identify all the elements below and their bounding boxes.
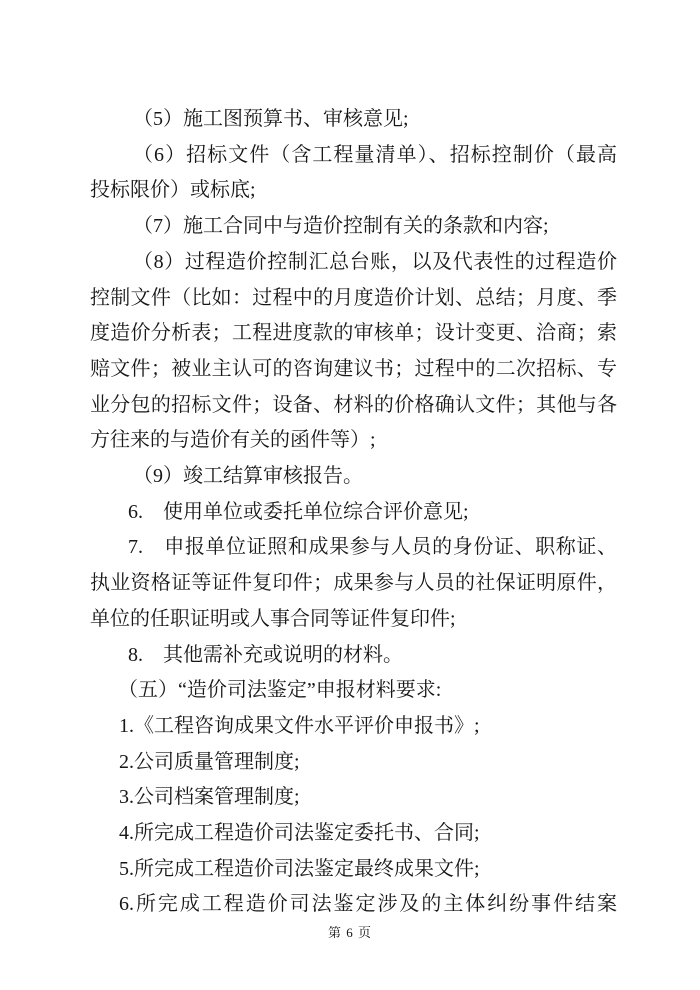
text-line: 单位的任职证明或人事合同等证件复印件; [90, 602, 617, 638]
paragraph: （8）过程造价控制汇总台账，以及代表性的过程造价控制文件（比如：过程中的月度造价… [90, 245, 617, 459]
paragraph: （5）施工图预算书、审核意见; [90, 102, 617, 138]
text-line: 2.公司质量管理制度; [90, 745, 617, 781]
text-line: （8）过程造价控制汇总台账，以及代表性的过程造价 [90, 245, 617, 281]
text-line: （7）施工合同中与造价控制有关的条款和内容; [90, 209, 617, 245]
text-line: 执业资格证等证件复印件；成果参与人员的社保证明原件， [90, 566, 617, 602]
paragraph: 7. 申报单位证照和成果参与人员的身份证、职称证、执业资格证等证件复印件；成果参… [90, 530, 617, 637]
paragraph: 1.《工程咨询成果文件水平评价申报书》; [90, 709, 617, 745]
text-line: （5）施工图预算书、审核意见; [90, 102, 617, 138]
page-footer: 第 6 页 [0, 923, 700, 943]
text-line: 6. 使用单位或委托单位综合评价意见; [90, 495, 617, 531]
text-line: 3.公司档案管理制度; [90, 780, 617, 816]
text-line: 8. 其他需补充或说明的材料。 [90, 638, 617, 674]
text-line: 1.《工程咨询成果文件水平评价申报书》; [90, 709, 617, 745]
page-number: 第 6 页 [328, 925, 372, 940]
document-content: （5）施工图预算书、审核意见;（6）招标文件（含工程量清单）、招标控制价（最高投… [90, 102, 617, 923]
paragraph: （7）施工合同中与造价控制有关的条款和内容; [90, 209, 617, 245]
paragraph: 5.所完成工程造价司法鉴定最终成果文件; [90, 852, 617, 888]
paragraph: 4.所完成工程造价司法鉴定委托书、合同; [90, 816, 617, 852]
text-line: （6）招标文件（含工程量清单）、招标控制价（最高 [90, 138, 617, 174]
paragraph: 2.公司质量管理制度; [90, 745, 617, 781]
text-line: 赔文件；被业主认可的咨询建议书；过程中的二次招标、专 [90, 352, 617, 388]
text-line: 度造价分析表；工程进度款的审核单；设计变更、洽商；索 [90, 316, 617, 352]
paragraph: （6）招标文件（含工程量清单）、招标控制价（最高投标限价）或标底; [90, 138, 617, 209]
text-line: （五）“造价司法鉴定”申报材料要求: [90, 673, 617, 709]
text-line: 5.所完成工程造价司法鉴定最终成果文件; [90, 852, 617, 888]
text-line: 6.所完成工程造价司法鉴定涉及的主体纠纷事件结案 [90, 887, 617, 923]
paragraph: 8. 其他需补充或说明的材料。 [90, 638, 617, 674]
text-line: 业分包的招标文件；设备、材料的价格确认文件；其他与各 [90, 388, 617, 424]
paragraph: （9）竣工结算审核报告。 [90, 459, 617, 495]
text-line: 方往来的与造价有关的函件等）; [90, 423, 617, 459]
document-page: （5）施工图预算书、审核意见;（6）招标文件（含工程量清单）、招标控制价（最高投… [0, 0, 700, 990]
paragraph: 6.所完成工程造价司法鉴定涉及的主体纠纷事件结案 [90, 887, 617, 923]
text-line: 7. 申报单位证照和成果参与人员的身份证、职称证、 [90, 530, 617, 566]
paragraph: 6. 使用单位或委托单位综合评价意见; [90, 495, 617, 531]
text-line: （9）竣工结算审核报告。 [90, 459, 617, 495]
paragraph: （五）“造价司法鉴定”申报材料要求: [90, 673, 617, 709]
paragraph: 3.公司档案管理制度; [90, 780, 617, 816]
text-line: 4.所完成工程造价司法鉴定委托书、合同; [90, 816, 617, 852]
text-line: 投标限价）或标底; [90, 173, 617, 209]
text-line: 控制文件（比如：过程中的月度造价计划、总结；月度、季 [90, 281, 617, 317]
